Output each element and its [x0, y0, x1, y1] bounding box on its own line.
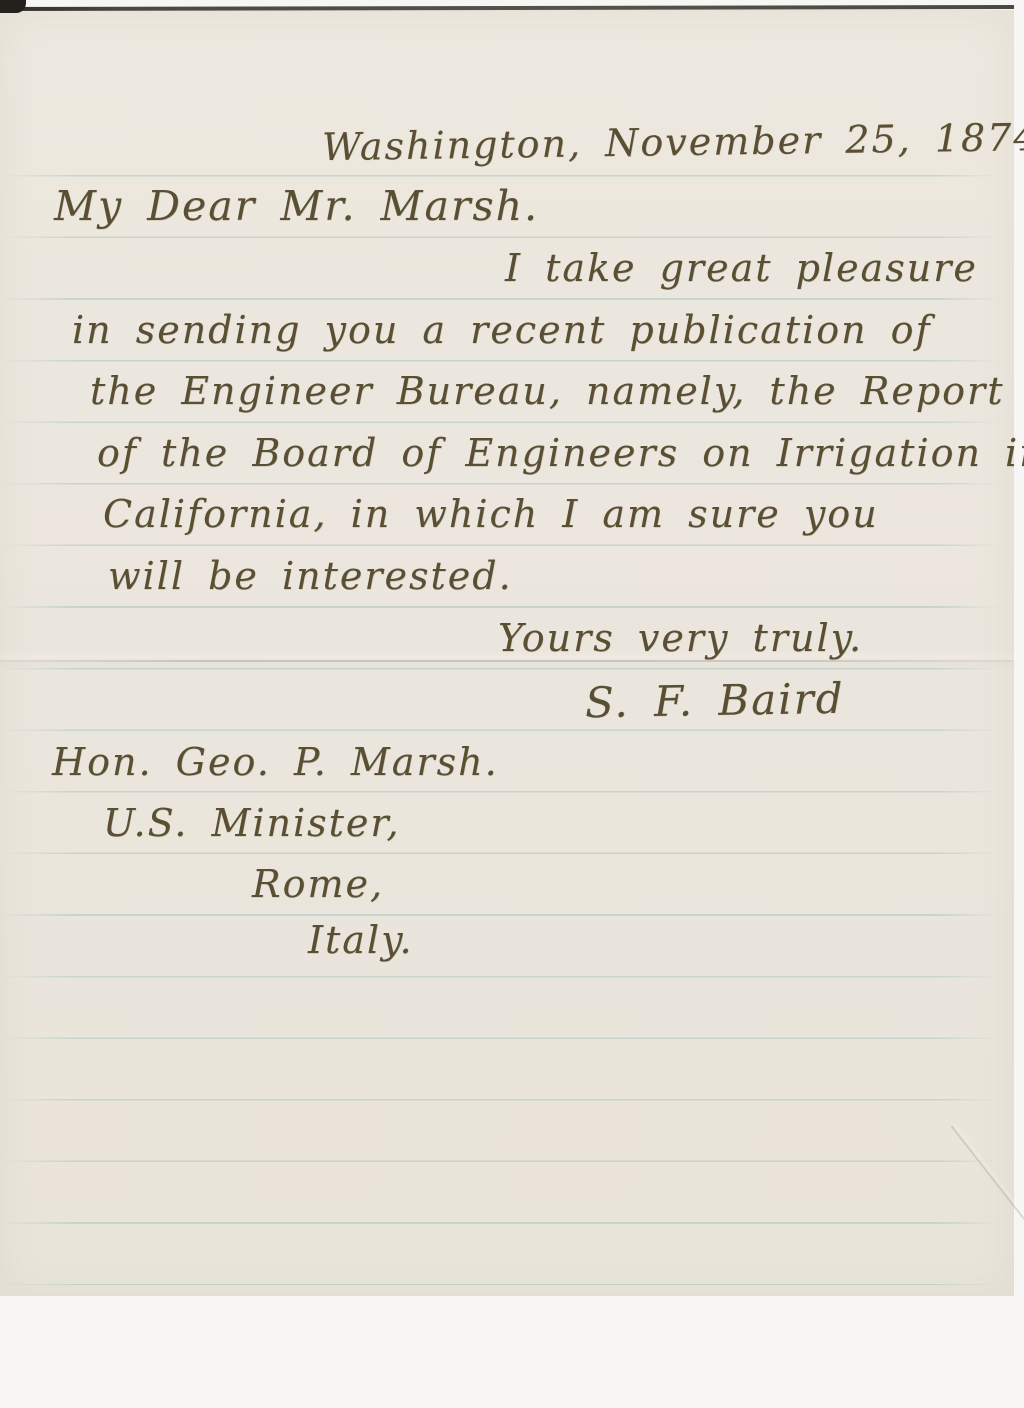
- scanned-letter-page: Washington, November 25, 1874. My Dear M…: [0, 0, 1024, 1408]
- address-line: Rome,: [252, 862, 384, 906]
- salutation: My Dear Mr. Marsh.: [54, 182, 539, 230]
- body-line: of the Board of Engineers on Irrigation …: [97, 431, 1024, 475]
- body-line: I take great pleasure: [505, 246, 978, 290]
- closing: Yours very truly.: [498, 616, 863, 660]
- address-line: Hon. Geo. P. Marsh.: [52, 740, 499, 784]
- body-line: the Engineer Bureau, namely, the Report: [90, 369, 1004, 413]
- body-line: in sending you a recent publication of: [72, 308, 932, 352]
- address-line: Italy.: [308, 918, 414, 962]
- ruled-lines: [0, 115, 1014, 1285]
- body-line: California, in which I am sure you: [103, 492, 879, 536]
- address-line: U.S. Minister,: [103, 801, 400, 845]
- body-line: will be interested.: [108, 554, 513, 598]
- fold-crease: [0, 660, 1014, 662]
- signature: S. F. Baird: [585, 674, 845, 728]
